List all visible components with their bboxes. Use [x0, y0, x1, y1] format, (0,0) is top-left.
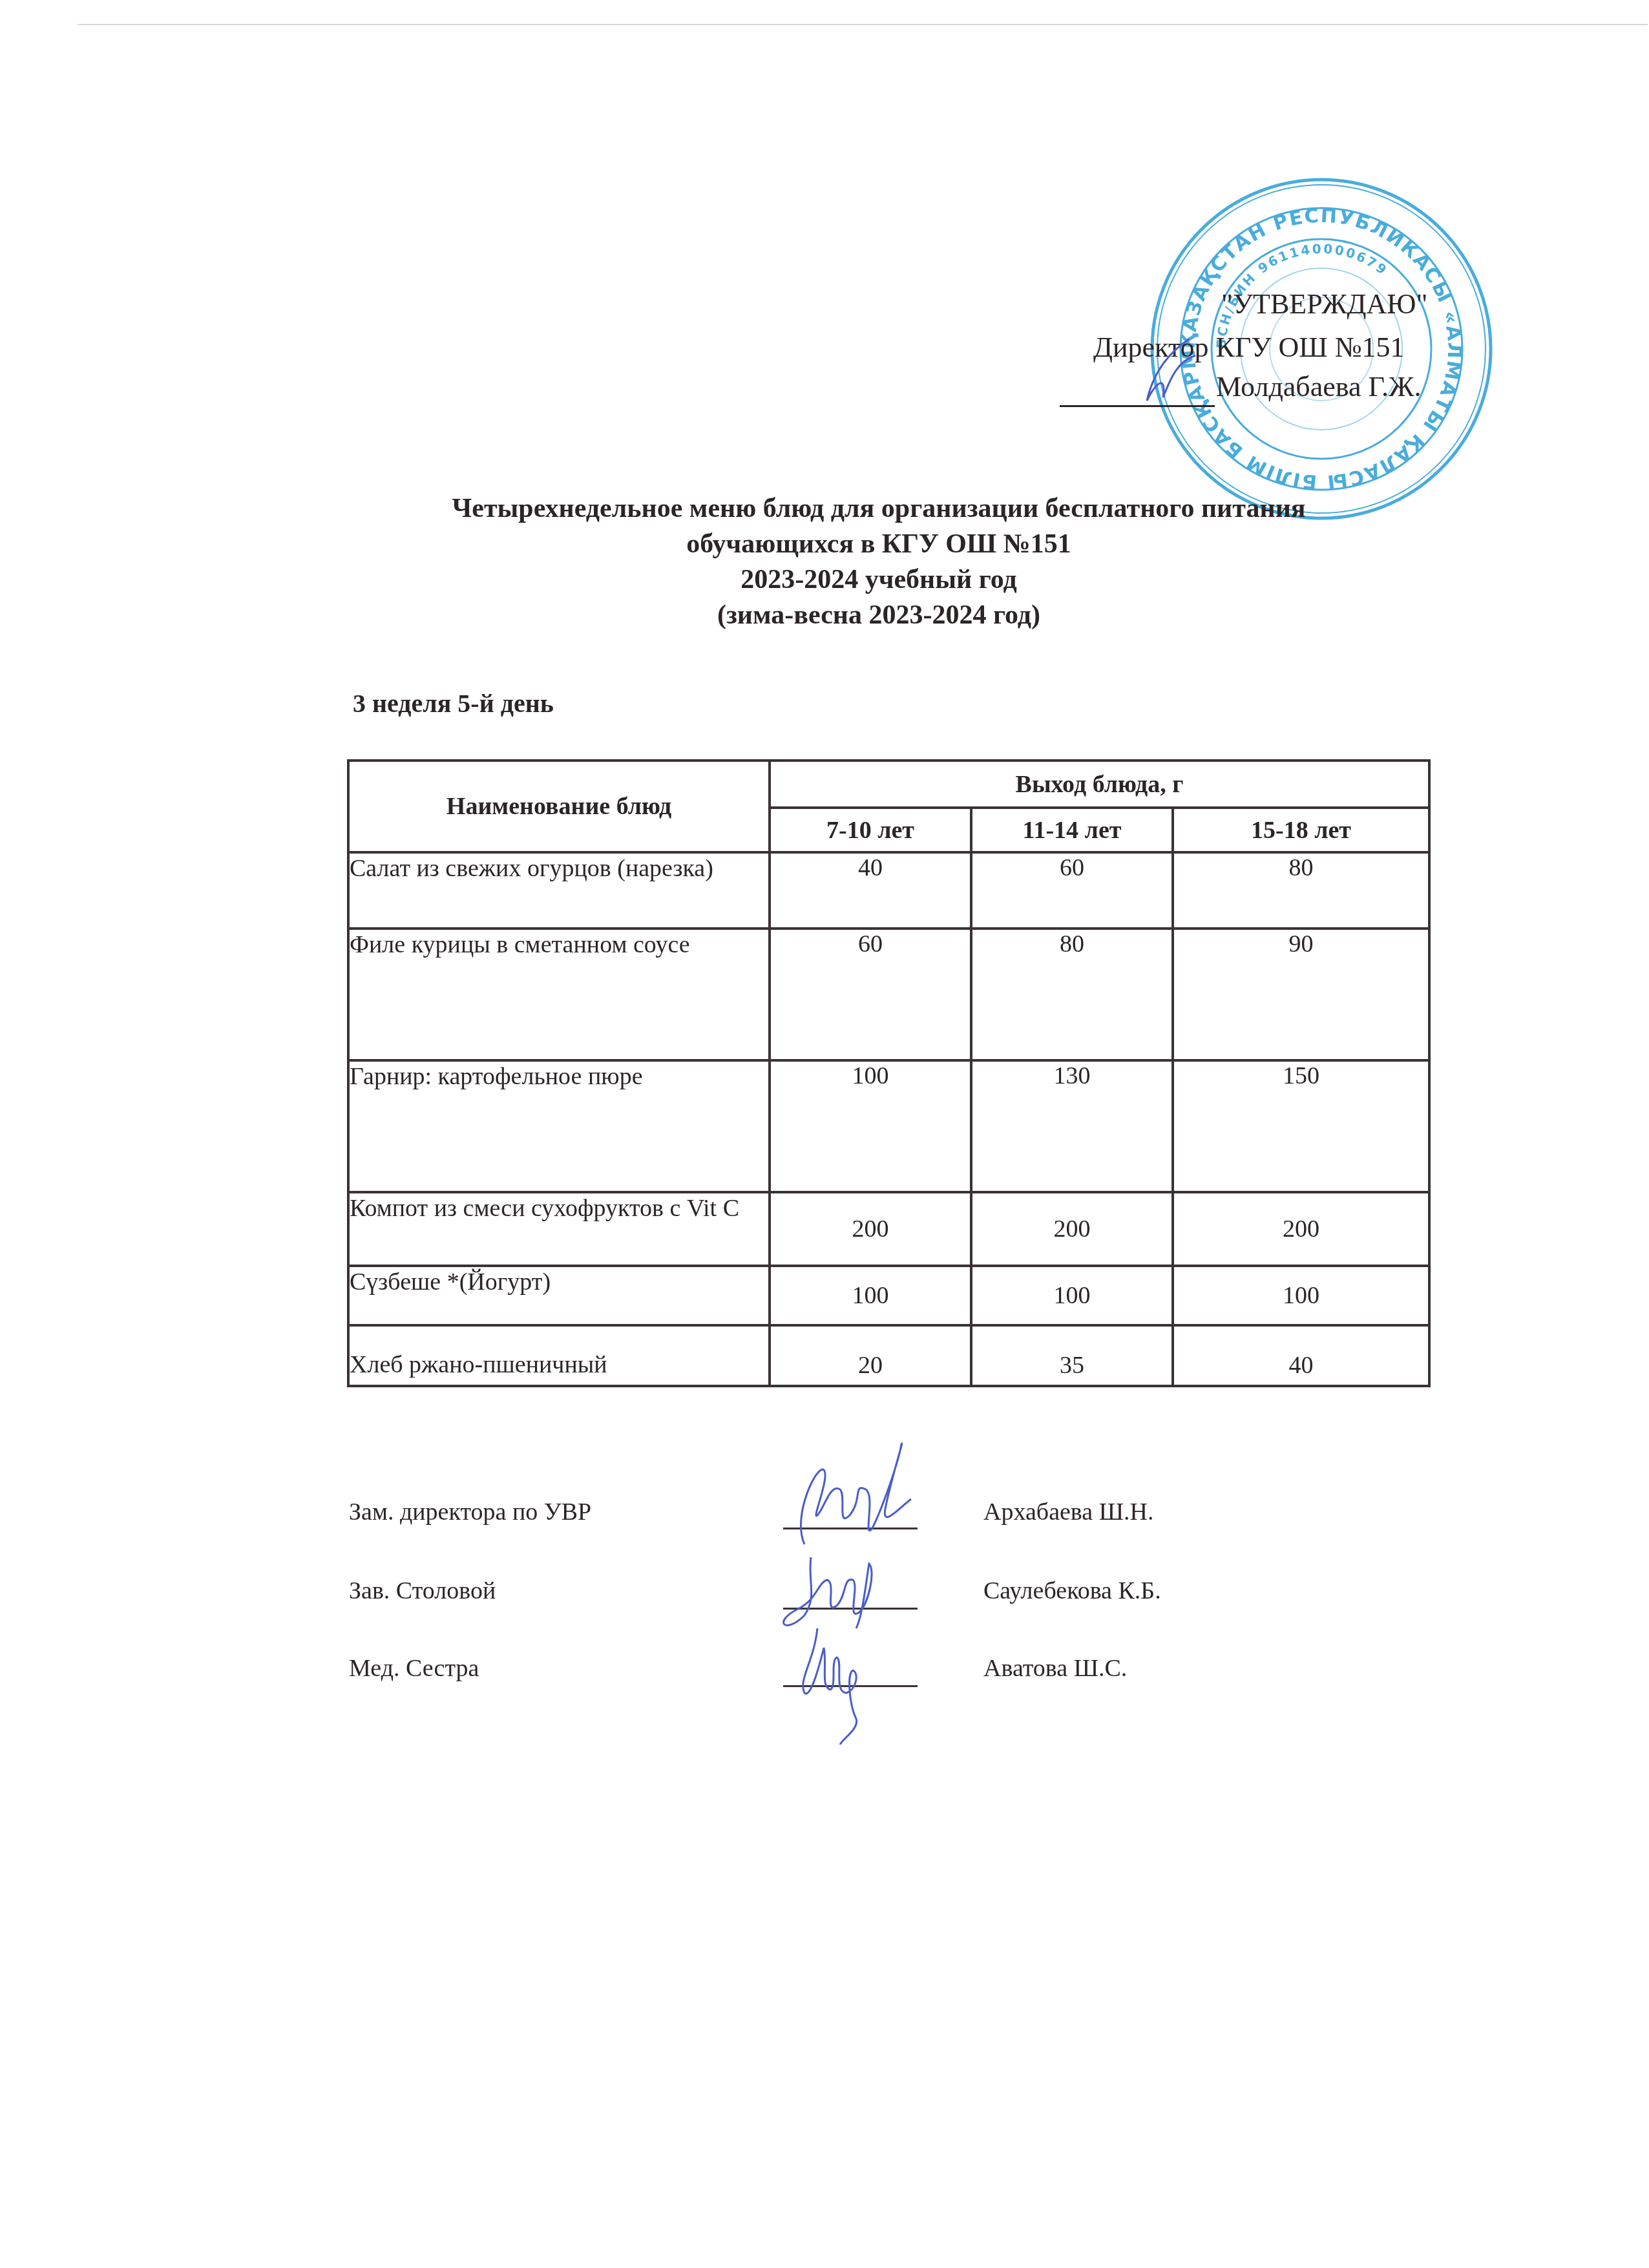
yield-value: 200: [971, 1192, 1173, 1266]
deputy-signature-icon: [779, 1438, 953, 1548]
signature-name: Аватова Ш.С.: [983, 1654, 1127, 1683]
table-row: Сүзбеше *(Йогурт) 100 100 100: [348, 1266, 1429, 1325]
yield-value: 100: [971, 1266, 1173, 1325]
title-line-3: 2023-2024 учебный год: [336, 562, 1422, 598]
dish-name: Сүзбеше *(Йогурт): [348, 1266, 770, 1325]
yield-value: 200: [770, 1192, 971, 1266]
director-signature-icon: [1118, 336, 1202, 407]
header-age-11-14: 11-14 лет: [971, 808, 1173, 852]
header-dish-name: Наименование блюд: [348, 761, 770, 852]
document-title: Четырехнедельное меню блюд для организац…: [336, 491, 1422, 633]
signature-name: Саулебекова К.Б.: [983, 1577, 1161, 1605]
title-line-4: (зима-весна 2023-2024 год): [336, 598, 1422, 633]
yield-value: 100: [1173, 1266, 1429, 1325]
title-line-1: Четырехнедельное меню блюд для организац…: [336, 491, 1422, 527]
yield-value: 100: [770, 1060, 971, 1192]
signature-role: Зав. Столовой: [349, 1577, 496, 1605]
week-day-label: 3 неделя 5-й день: [353, 688, 554, 719]
canteen-signature-icon: [772, 1544, 914, 1635]
table-row: Гарнир: картофельное пюре 100 130 150: [348, 1060, 1429, 1192]
nurse-signature-icon: [785, 1622, 888, 1745]
menu-table: Наименование блюд Выход блюда, г 7-10 ле…: [347, 759, 1431, 1387]
dish-name: Гарнир: картофельное пюре: [348, 1060, 770, 1192]
yield-value: 80: [1173, 852, 1429, 929]
table-row: Филе курицы в сметанном соусе 60 80 90: [348, 929, 1429, 1060]
approval-heading: "УТВЕРЖДАЮ": [1221, 288, 1428, 321]
header-age-15-18: 15-18 лет: [1173, 808, 1429, 852]
yield-value: 90: [1173, 929, 1429, 1060]
yield-value: 60: [971, 852, 1173, 929]
yield-value: 40: [770, 852, 971, 929]
yield-value: 80: [971, 929, 1173, 1060]
yield-value: 200: [1173, 1192, 1429, 1266]
table-row: Компот из смеси сухофруктов с Vit C 200 …: [348, 1192, 1429, 1266]
signature-role: Мед. Сестра: [349, 1654, 479, 1683]
yield-value: 100: [770, 1266, 971, 1325]
yield-value: 40: [1173, 1325, 1429, 1386]
header-age-7-10: 7-10 лет: [770, 808, 971, 852]
scan-artifact-line: [78, 24, 1648, 25]
yield-value: 60: [770, 929, 971, 1060]
header-yield: Выход блюда, г: [770, 761, 1429, 808]
table-row: Хлеб ржано-пшеничный 20 35 40: [348, 1325, 1429, 1386]
yield-value: 35: [971, 1325, 1173, 1386]
approval-name: Молдабаева Г.Ж.: [1216, 370, 1421, 404]
dish-name: Хлеб ржано-пшеничный: [348, 1325, 770, 1386]
yield-value: 150: [1173, 1060, 1429, 1192]
title-line-2: обучающихся в КГУ ОШ №151: [336, 527, 1422, 562]
yield-value: 20: [770, 1325, 971, 1386]
dish-name: Филе курицы в сметанном соусе: [348, 929, 770, 1060]
yield-value: 130: [971, 1060, 1173, 1192]
signature-role: Зам. директора по УВР: [349, 1498, 591, 1526]
dish-name: Компот из смеси сухофруктов с Vit C: [348, 1192, 770, 1266]
signature-name: Архабаева Ш.Н.: [983, 1498, 1153, 1526]
dish-name: Салат из свежих огурцов (нарезка): [348, 852, 770, 929]
table-row: Салат из свежих огурцов (нарезка) 40 60 …: [348, 852, 1429, 929]
